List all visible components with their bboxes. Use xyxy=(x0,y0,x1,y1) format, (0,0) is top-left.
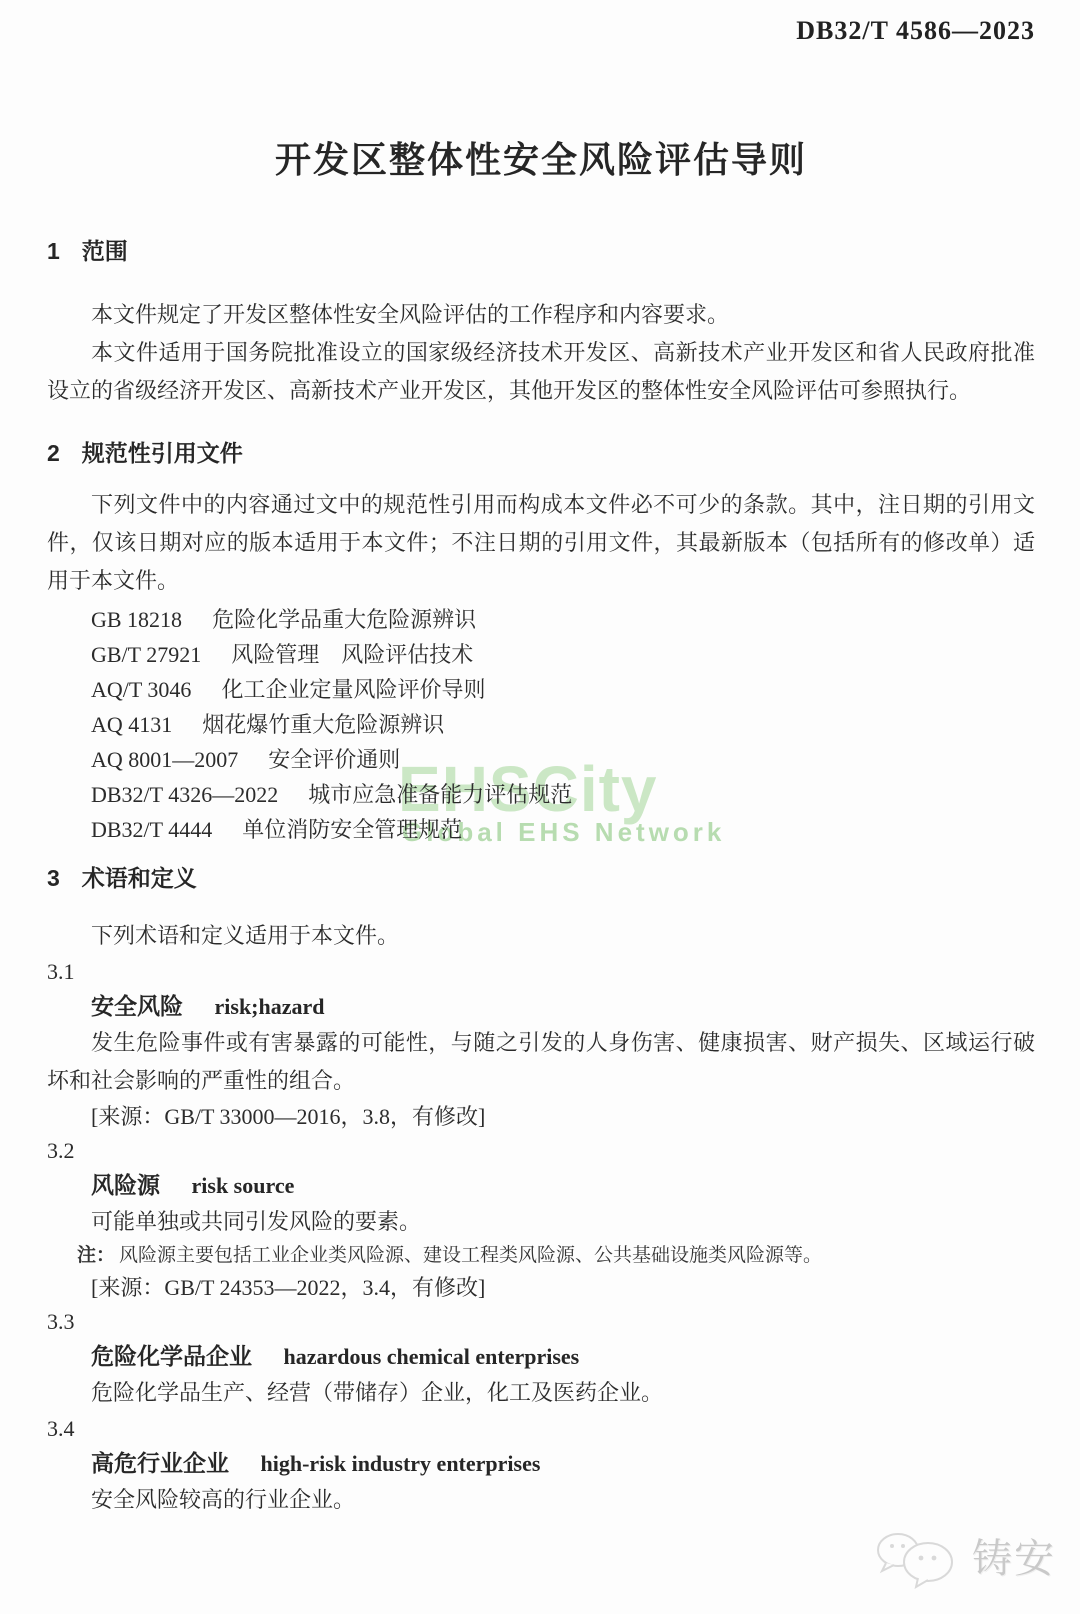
section-2-title: 规范性引用文件 xyxy=(82,440,243,466)
section-1-paragraph-2: 本文件适用于国务院批准设立的国家级经济技术开发区、高新技术产业开发区和省人民政府… xyxy=(47,334,1035,410)
note-text: 风险源主要包括工业企业类风险源、建设工程类风险源、公共基础设施类风险源等。 xyxy=(119,1245,822,1266)
section-2-number: 2 xyxy=(47,440,60,466)
footer-brand-text: 铸安 xyxy=(972,1536,1056,1582)
term-english: risk;hazard xyxy=(215,994,325,1019)
term-title-line: 高危行业企业 high-risk industry enterprises xyxy=(47,1446,1035,1481)
reference-code: AQ 8001—2007 xyxy=(91,742,238,777)
term-english: risk source xyxy=(192,1173,295,1198)
note-prefix: 注： xyxy=(77,1245,115,1266)
section-1-paragraph-1: 本文件规定了开发区整体性安全风险评估的工作程序和内容要求。 xyxy=(47,296,1035,334)
reference-code: GB/T 27921 xyxy=(91,637,201,672)
term-note: 注：风险源主要包括工业企业类风险源、建设工程类风险源、公共基础设施类风险源等。 xyxy=(47,1241,1035,1271)
term-chinese: 风险源 xyxy=(91,1172,160,1198)
term-english: hazardous chemical enterprises xyxy=(284,1344,580,1369)
reference-item: DB32/T 4326—2022 城市应急准备能力评估规范 xyxy=(47,777,1035,812)
term-chinese: 高危行业企业 xyxy=(91,1450,229,1476)
reference-code: DB32/T 4444 xyxy=(91,812,212,847)
term-title-line: 安全风险 risk;hazard xyxy=(47,989,1035,1024)
term-3-1: 3.1 安全风险 risk;hazard 发生危险事件或有害暴露的可能性，与随之… xyxy=(47,955,1035,1134)
footer-account-mark: 铸安 xyxy=(872,1528,1056,1590)
reference-item: AQ 8001—2007 安全评价通则 xyxy=(47,742,1035,777)
term-number: 3.2 xyxy=(47,1134,1035,1168)
section-2-paragraph-1: 下列文件中的内容通过文中的规范性引用而构成本文件必不可少的条款。其中，注日期的引… xyxy=(47,486,1035,600)
reference-item: AQ/T 3046 化工企业定量风险评价导则 xyxy=(47,672,1035,707)
term-number: 3.3 xyxy=(47,1305,1035,1339)
term-title-line: 风险源 risk source xyxy=(47,1168,1035,1203)
reference-title: 单位消防安全管理规范 xyxy=(242,812,462,847)
document-page: EHSCity Global EHS Network DB32/T 4586—2… xyxy=(0,0,1080,1614)
term-definition: 发生危险事件或有害暴露的可能性，与随之引发的人身伤害、健康损害、财产损失、区域运… xyxy=(47,1024,1035,1100)
reference-item: GB 18218 危险化学品重大危险源辨识 xyxy=(47,602,1035,637)
term-3-2: 3.2 风险源 risk source 可能单独或共同引发风险的要素。 注：风险… xyxy=(47,1134,1035,1305)
term-3-4: 3.4 高危行业企业 high-risk industry enterprise… xyxy=(47,1412,1035,1519)
reference-title: 安全评价通则 xyxy=(268,742,400,777)
reference-title: 烟花爆竹重大危险源辨识 xyxy=(202,707,444,742)
term-title-line: 危险化学品企业 hazardous chemical enterprises xyxy=(47,1339,1035,1374)
term-chinese: 安全风险 xyxy=(91,993,183,1019)
reference-code: DB32/T 4326—2022 xyxy=(91,777,278,812)
term-definition: 危险化学品生产、经营（带储存）企业，化工及医药企业。 xyxy=(47,1374,1035,1412)
term-source: [来源：GB/T 33000—2016，3.8，有修改] xyxy=(47,1100,1035,1134)
term-number: 3.1 xyxy=(47,955,1035,989)
section-2-heading: 2规范性引用文件 xyxy=(47,438,1035,468)
section-1-number: 1 xyxy=(47,238,60,264)
standard-number: DB32/T 4586—2023 xyxy=(47,16,1035,46)
term-number: 3.4 xyxy=(47,1412,1035,1446)
section-3-heading: 3术语和定义 xyxy=(47,863,1035,893)
term-source: [来源：GB/T 24353—2022，3.4，有修改] xyxy=(47,1271,1035,1305)
reference-code: AQ/T 3046 xyxy=(91,672,191,707)
normative-references-list: GB 18218 危险化学品重大危险源辨识 GB/T 27921 风险管理 风险… xyxy=(47,602,1035,847)
term-definition: 可能单独或共同引发风险的要素。 xyxy=(47,1203,1035,1241)
section-3-title: 术语和定义 xyxy=(82,865,197,891)
reference-title: 城市应急准备能力评估规范 xyxy=(308,777,572,812)
section-3-intro: 下列术语和定义适用于本文件。 xyxy=(47,917,1035,955)
reference-item: DB32/T 4444 单位消防安全管理规范 xyxy=(47,812,1035,847)
reference-title: 化工企业定量风险评价导则 xyxy=(221,672,485,707)
term-definition: 安全风险较高的行业企业。 xyxy=(47,1481,1035,1519)
reference-title: 风险管理 风险评估技术 xyxy=(231,637,473,672)
section-1-heading: 1范围 xyxy=(47,236,1035,266)
document-title: 开发区整体性安全风险评估导则 xyxy=(47,138,1035,182)
section-3-number: 3 xyxy=(47,865,60,891)
wechat-bubbles-icon xyxy=(872,1528,964,1590)
reference-item: AQ 4131 烟花爆竹重大危险源辨识 xyxy=(47,707,1035,742)
reference-code: GB 18218 xyxy=(91,602,182,637)
term-3-3: 3.3 危险化学品企业 hazardous chemical enterpris… xyxy=(47,1305,1035,1412)
reference-item: GB/T 27921 风险管理 风险评估技术 xyxy=(47,637,1035,672)
reference-title: 危险化学品重大危险源辨识 xyxy=(212,602,476,637)
term-english: high-risk industry enterprises xyxy=(261,1451,541,1476)
reference-code: AQ 4131 xyxy=(91,707,172,742)
term-chinese: 危险化学品企业 xyxy=(91,1343,252,1369)
section-1-title: 范围 xyxy=(82,238,128,264)
